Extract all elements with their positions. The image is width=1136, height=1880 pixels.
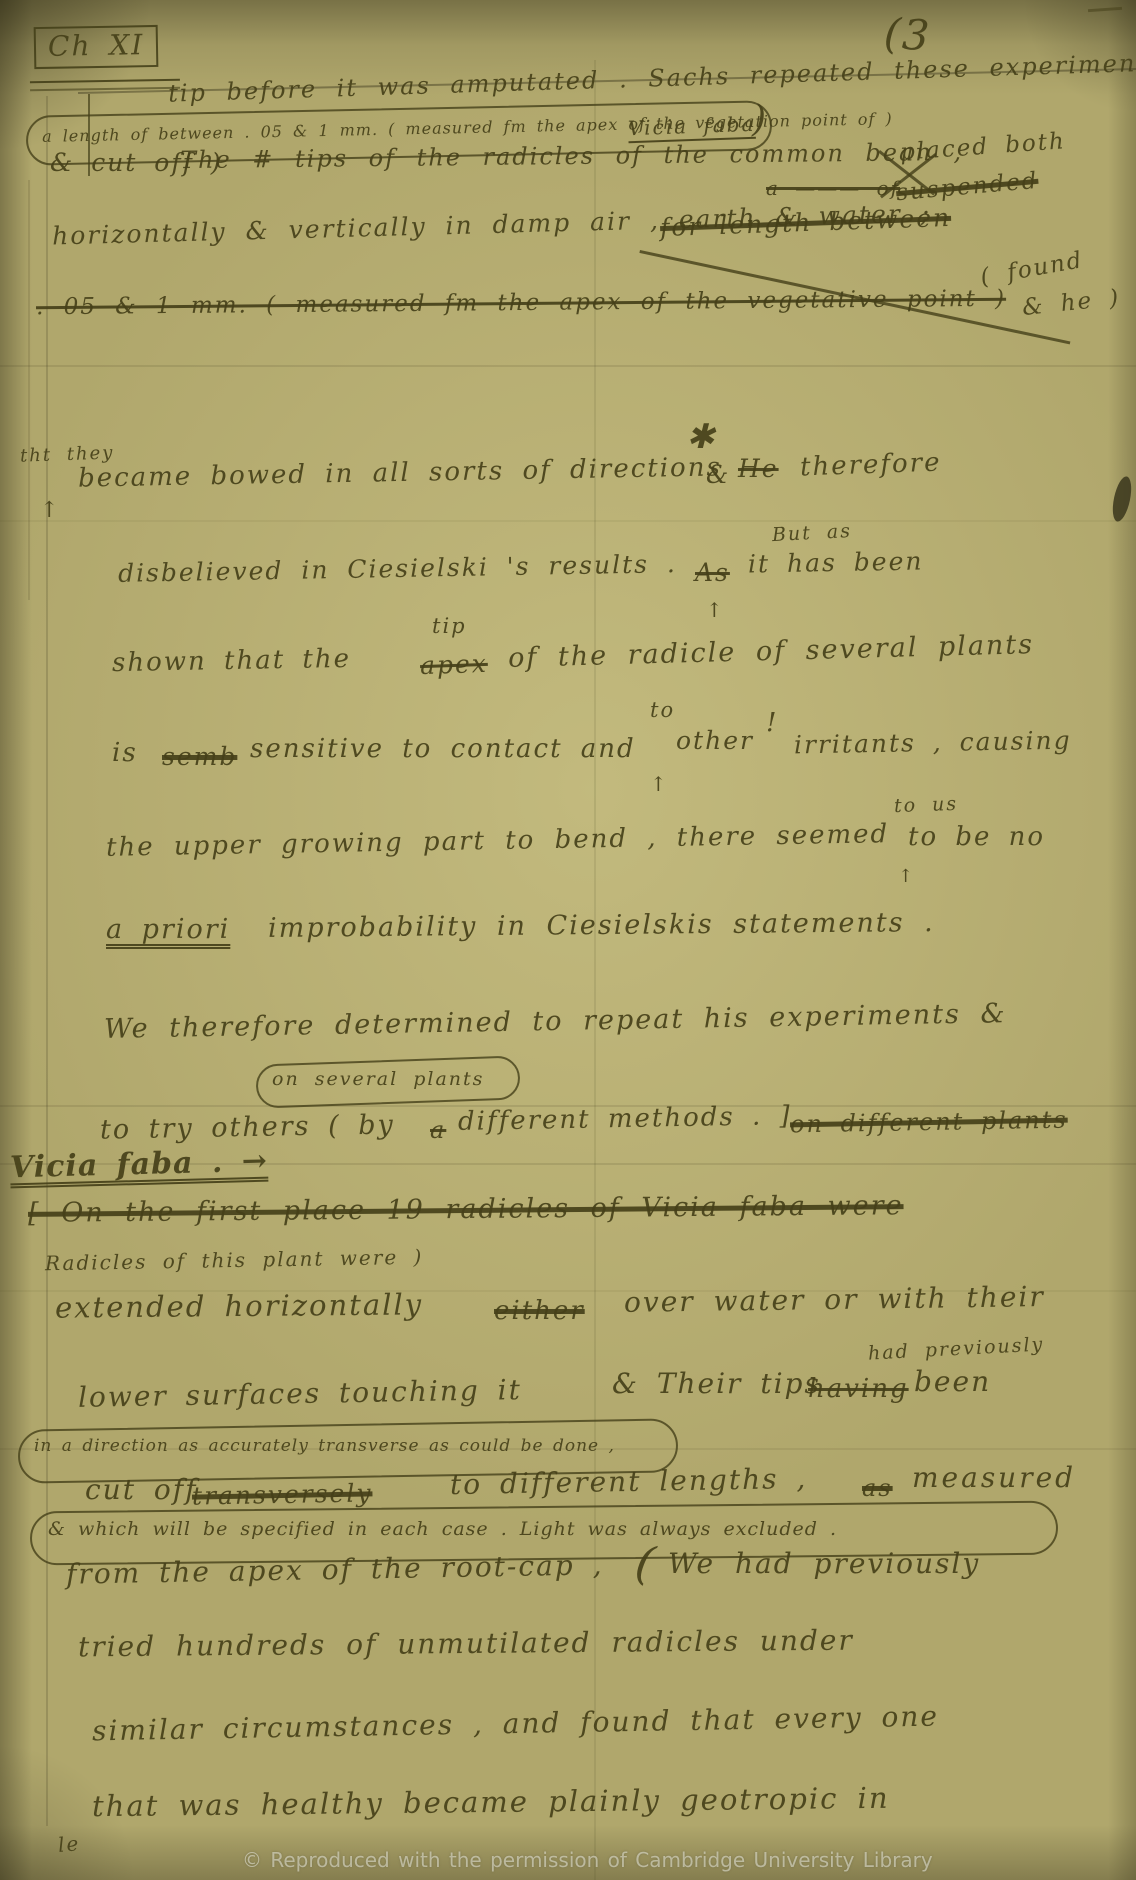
strikethrough-text: He xyxy=(738,456,779,481)
inserted-text: to xyxy=(650,700,675,721)
handwritten-line: of the radicle of several plants xyxy=(508,631,1035,672)
strikethrough-text: on different plants xyxy=(790,1108,1068,1137)
strikethrough-text: apex xyxy=(420,651,489,678)
strikethrough-text: . 05 & 1 mm. ( measured fm the apex of t… xyxy=(36,288,1006,319)
handwritten-line: been xyxy=(914,1368,991,1396)
crease-line xyxy=(0,365,1136,367)
encircled-insertion-text: & which will be specified in each case .… xyxy=(48,1520,837,1539)
strikethrough-text: As xyxy=(695,560,730,585)
corner-dash-mark xyxy=(1088,7,1122,12)
strikethrough-text: having xyxy=(808,1376,909,1402)
handwritten-line: shown that the xyxy=(112,646,351,676)
handwritten-line: lower surfaces touching it xyxy=(78,1376,522,1412)
strikethrough-text: a ——— of xyxy=(766,178,900,198)
handwritten-line: the upper growing part to bend , there s… xyxy=(106,821,890,861)
handwritten-line: to different lengths , xyxy=(450,1465,808,1499)
handwritten-line: We had previously xyxy=(668,1550,980,1578)
strikethrough-text: a xyxy=(430,1118,446,1142)
handwritten-line: from the apex of the root-cap , xyxy=(66,1551,604,1588)
handwritten-line: is xyxy=(112,740,138,766)
species-name-underlined: Vicia faba . → xyxy=(10,1147,269,1184)
strikethrough-text: either xyxy=(494,1298,585,1324)
handwritten-line: other xyxy=(676,728,754,753)
handwritten-line: different methods . ] xyxy=(458,1103,792,1135)
encircled-insertion-text: in a direction as accurately transverse … xyxy=(34,1438,615,1455)
chapter-label: Ch XI xyxy=(34,25,159,69)
latin-phrase-underlined: a priori xyxy=(106,916,230,943)
handwritten-line: to be no xyxy=(908,824,1045,850)
handwritten-line: therefore xyxy=(800,450,942,481)
handwritten-line: extended horizontally xyxy=(55,1290,423,1322)
handwritten-line: that was healthy became plainly geotropi… xyxy=(92,1784,890,1821)
margin-fold-line xyxy=(28,180,30,600)
caret-mark: ↑ xyxy=(40,500,60,522)
caret-mark: ↑ xyxy=(650,774,669,794)
page-number: (3 xyxy=(883,12,933,57)
handwritten-line: sensitive to contact and xyxy=(250,736,636,762)
handwritten-line: similar circumstances , and found that e… xyxy=(92,1703,939,1746)
handwritten-line: cut off xyxy=(85,1476,197,1504)
marginal-fragment: le xyxy=(57,1833,81,1855)
inserted-text: Radicles of this plant were ) xyxy=(45,1247,424,1274)
handwritten-line: tip before it was amputated . Sachs repe… xyxy=(168,50,1136,105)
asterisk-mark: ✱ xyxy=(686,420,717,454)
inserted-text: ( found xyxy=(979,249,1085,290)
handwritten-line: We therefore determined to repeat his ex… xyxy=(104,1000,1007,1043)
handwritten-line: over water or with their xyxy=(624,1283,1045,1317)
strikethrough-text: transversely xyxy=(192,1480,373,1508)
manuscript-page: Ch XI (3 tip before it was amputated . S… xyxy=(0,0,1136,1880)
handwritten-line: tried hundreds of unmutilated radicles u… xyxy=(78,1627,854,1662)
inserted-text: tip xyxy=(432,616,467,637)
handwritten-line: The # tips of the radicles of the common… xyxy=(180,140,963,172)
handwritten-line: & xyxy=(706,462,730,487)
crease-line xyxy=(0,520,1136,522)
handwritten-line: & Their tips xyxy=(612,1370,821,1398)
species-name-underlined: Vicia faba xyxy=(628,114,756,138)
inserted-text: to us xyxy=(894,795,959,816)
strikethrough-text: [ On the first place 19 radicles of Vici… xyxy=(28,1192,904,1227)
handwritten-line: became bowed in all sorts of directions xyxy=(78,454,722,491)
strikethrough-text: semb xyxy=(162,744,237,769)
closing-paren-mark: ) xyxy=(752,102,768,138)
handwritten-line: improbability in Ciesielskis statements … xyxy=(268,909,935,942)
margin-fold-line xyxy=(46,96,48,1826)
inserted-text: But as xyxy=(772,522,853,545)
handwritten-line: irritants , causing xyxy=(794,728,1072,758)
inserted-text: had previously xyxy=(868,1335,1045,1363)
caret-mark: ↑ xyxy=(706,600,725,620)
center-crease-line xyxy=(594,60,596,1880)
encircled-insertion-text: on several plants xyxy=(272,1070,484,1089)
handwritten-line: measured xyxy=(912,1464,1076,1492)
handwritten-line: it has been xyxy=(748,548,924,576)
caret-mark: ↑ xyxy=(898,868,915,886)
ink-blot xyxy=(1109,475,1134,523)
strikethrough-text: as xyxy=(862,1476,893,1500)
handwritten-line: to try others ( by xyxy=(100,1111,395,1143)
watermark-text: © Reproduced with the permission of Camb… xyxy=(242,1848,933,1872)
exclamation-mark: ! xyxy=(766,710,778,736)
handwritten-line: & he ) xyxy=(1021,287,1121,320)
